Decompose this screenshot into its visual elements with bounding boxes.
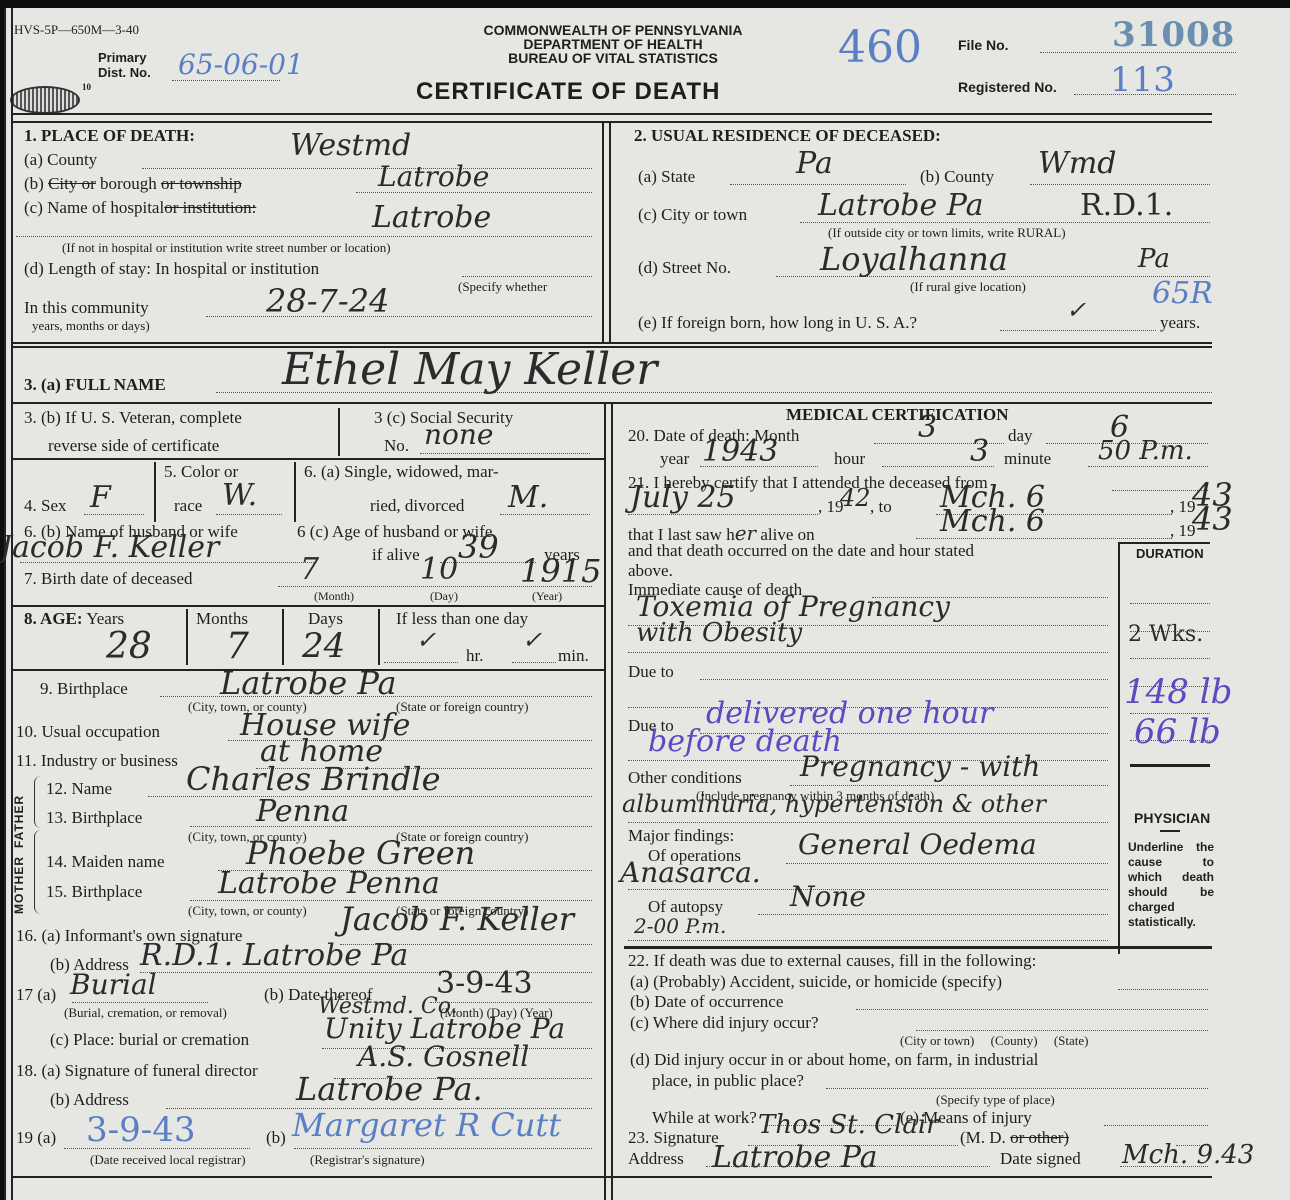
immediate-cause-line-2[interactable]: with Obesity [636, 618, 802, 648]
registrar-signature-label: (b) [266, 1128, 286, 1148]
birth-day-field[interactable]: 10 [420, 552, 458, 587]
immediate-cause-duration[interactable]: 2 Wks. [1128, 622, 1203, 647]
disposition-label: 17 (a) [16, 985, 56, 1005]
marital-label-1: 6. (a) Single, widowed, mar- [304, 462, 499, 482]
medical-certification-heading: MEDICAL CERTIFICATION [786, 405, 1008, 425]
age-hours-field[interactable]: ✓ [416, 626, 436, 654]
age-years-field[interactable]: 28 [106, 626, 152, 667]
occupation-label: 10. Usual occupation [16, 722, 160, 742]
residence-county-field[interactable]: Wmd [1038, 146, 1117, 181]
external-d-label-2: place, in public place? [652, 1071, 804, 1091]
operations-line-2[interactable]: Anasarca. [620, 856, 761, 889]
burial-place-label: (c) Place: burial or cremation [50, 1030, 249, 1050]
residence-state-field[interactable]: Pa [796, 146, 833, 181]
major-findings-label: Major findings: [628, 826, 734, 846]
funeral-director-signature[interactable]: A.S. Gosnell [358, 1040, 529, 1073]
race-field[interactable]: W. [222, 478, 257, 513]
death-county-field[interactable]: Westmd [290, 128, 411, 163]
death-occurred-label-2: above. [628, 561, 673, 581]
physician-signature-label: 23. Signature [628, 1128, 719, 1148]
file-no-label: File No. [958, 37, 1009, 53]
primary-label: Primary [98, 50, 146, 65]
residence-county-label: (b) County [920, 167, 994, 187]
ssn-field[interactable]: none [424, 418, 494, 451]
full-name-label: 3. (a) FULL NAME [24, 375, 166, 395]
street-note: (If rural give location) [910, 279, 1026, 295]
industry-label: 11. Industry or business [16, 751, 178, 771]
external-c-label: (c) Where did injury occur? [630, 1013, 819, 1033]
registrar-date-label: 19 (a) [16, 1128, 56, 1148]
birthplace-label: 9. Birthplace [40, 679, 128, 699]
birth-year-field[interactable]: 1915 [520, 552, 601, 590]
spouse-name-field[interactable]: Jacob F. Keller [0, 530, 219, 565]
duration-heading: DURATION [1136, 546, 1204, 561]
residence-city-field[interactable]: Latrobe Pa [818, 188, 983, 223]
date-signed-field[interactable]: Mch. 9.43 [1122, 1140, 1254, 1170]
external-d-note: (Specify type of place) [936, 1092, 1055, 1108]
residence-street-field[interactable]: Loyalhanna [820, 240, 1008, 278]
external-causes-heading: 22. If death was due to external causes,… [628, 951, 1036, 971]
city-label: (c) City or town [638, 205, 747, 225]
weight-note-1: 148 lb [1124, 672, 1232, 712]
registrar-date-note: (Date received local registrar) [90, 1152, 246, 1168]
sex-field[interactable]: F [90, 480, 111, 515]
physician-signature-field[interactable]: Thos St. Clair [758, 1110, 939, 1140]
operations-line-1[interactable]: General Oedema [798, 828, 1037, 861]
death-hour-field[interactable]: 3 [970, 434, 989, 469]
hr-label: hr. [466, 646, 483, 666]
veteran-label-2: reverse side of certificate [48, 436, 219, 456]
mother-birthplace-field[interactable]: Latrobe Penna [218, 866, 440, 901]
stay-label: (d) Length of stay: In hospital or insti… [24, 259, 319, 279]
color-label-2: race [174, 496, 202, 516]
spouse-age-field[interactable]: 39 [458, 528, 499, 566]
due-to-label-1: Due to [628, 662, 674, 682]
marital-status-field[interactable]: M. [508, 480, 548, 515]
birth-month-field[interactable]: 7 [300, 552, 319, 587]
birthplace-field[interactable]: Latrobe Pa [220, 664, 397, 702]
mother-city-note: (City, town, or county) [188, 903, 307, 919]
parents-side-label: MOTHER FATHER [8, 786, 32, 916]
other-conditions-label: Other conditions [628, 768, 742, 788]
informant-signature-field[interactable]: Jacob F. Keller [340, 900, 574, 938]
street-label: (d) Street No. [638, 258, 731, 278]
day-label: day [1008, 426, 1033, 446]
autopsy-field[interactable]: None [790, 880, 866, 913]
code-note: 65R [1152, 276, 1213, 311]
city-note: (If outside city or town limits, write R… [828, 225, 1066, 241]
birth-date-label: 7. Birth date of deceased [24, 569, 193, 589]
foreign-born-label: (e) If foreign born, how long in U. S. A… [638, 313, 917, 333]
mother-birthplace-label: 15. Birthplace [46, 882, 142, 902]
registered-number: 113 [1110, 60, 1175, 100]
physician-heading: PHYSICIAN [1134, 810, 1210, 826]
other-conditions-line-1[interactable]: Pregnancy - with [800, 750, 1040, 783]
age-months-field[interactable]: 7 [226, 626, 249, 667]
external-a-label: (a) (Probably) Accident, suicide, or hom… [630, 972, 1002, 992]
father-birthplace-field[interactable]: Penna [256, 794, 349, 829]
residence-rural-route: R.D.1. [1080, 188, 1173, 223]
death-occurred-label-1: and that death occurred on the date and … [628, 541, 974, 561]
physician-address-field[interactable]: Latrobe Pa [712, 1140, 877, 1175]
registrar-date-field[interactable]: 3-9-43 [86, 1110, 196, 1150]
informant-time-note: 2-00 P.m. [634, 914, 726, 938]
md-label: (M. D. or other) [960, 1128, 1069, 1148]
date-signed-label: Date signed [1000, 1149, 1081, 1169]
other-conditions-line-2[interactable]: albuminuria, hypertension & other [622, 790, 1046, 818]
attended-from-year[interactable]: 42 [840, 484, 871, 512]
registrar-signature-field[interactable]: Margaret R Cutt [292, 1106, 561, 1144]
hospital-note: (If not in hospital or institution write… [62, 240, 391, 256]
informant-address-field[interactable]: R.D.1. Latrobe Pa [140, 938, 408, 973]
director-address-field[interactable]: Latrobe Pa. [296, 1070, 483, 1108]
veteran-label-1: 3. (b) If U. S. Veteran, complete [24, 408, 242, 428]
age-minutes-field[interactable]: ✓ [522, 626, 542, 654]
minute-label: minute [1004, 449, 1051, 469]
union-label-seal-icon [10, 86, 80, 114]
month-note: (Month) [314, 589, 354, 604]
death-month-field[interactable]: 3 [918, 410, 937, 445]
father-name-field[interactable]: Charles Brindle [186, 760, 441, 798]
agency-line-3: BUREAU OF VITAL STATISTICS [458, 50, 768, 66]
residence-street-state: Pa [1138, 244, 1170, 274]
borough-label: (b) City or borough or township [24, 174, 242, 194]
external-b-label: (b) Date of occurrence [630, 992, 783, 1012]
external-d-label-1: (d) Did injury occur in or about home, o… [630, 1050, 1038, 1070]
min-label: min. [558, 646, 589, 666]
spouse-age-label-2: if alive [372, 545, 420, 565]
external-c-notes: (City or town) (County) (State) [900, 1033, 1088, 1049]
death-borough-field[interactable]: Latrobe [378, 160, 489, 193]
margin-note-number: 460 [838, 22, 922, 73]
marital-label-2: ried, divorced [370, 496, 464, 516]
community-label: In this community [24, 298, 149, 318]
while-at-work-label: While at work? [652, 1108, 757, 1128]
registrar-signature-note: (Registrar's signature) [310, 1152, 425, 1168]
dist-number: 65-06-01 [178, 48, 304, 81]
hospital-field[interactable]: Latrobe [372, 200, 491, 235]
community-stay-field[interactable]: 28-7-24 [266, 282, 389, 320]
attended-from-field[interactable]: July 25 [630, 480, 736, 515]
hospital-label: (c) Name of hospitalor institution: [24, 198, 256, 218]
years-label: years. [1160, 313, 1200, 333]
file-number-stamp: 31008 [1112, 15, 1235, 55]
state-label: (a) State [638, 167, 695, 187]
certificate-title: CERTIFICATE OF DEATH [416, 78, 720, 106]
death-year-field[interactable]: 1943 [702, 434, 778, 469]
ssn-label-2: No. [384, 436, 409, 456]
foreign-born-field[interactable]: ✓ [1066, 296, 1086, 324]
dist-label: Dist. No. [98, 65, 151, 80]
full-name-field[interactable]: Ethel May Keller [282, 344, 657, 395]
place-of-death-heading: 1. PLACE OF DEATH: [24, 126, 195, 146]
death-minute-field[interactable]: 50 P.m. [1098, 436, 1193, 466]
specify-note: (Specify whether [458, 279, 547, 295]
last-saw-year[interactable]: 43 [1192, 500, 1233, 538]
day-note: (Day) [430, 589, 458, 604]
director-address-label: (b) Address [50, 1090, 129, 1110]
form-code: HVS-5P—650M—3-40 [14, 22, 139, 38]
year-label: year [660, 449, 689, 469]
physician-address-label: Address [628, 1149, 684, 1169]
community-note: years, months or days) [32, 318, 150, 334]
mother-maiden-label: 14. Maiden name [46, 852, 165, 872]
sex-label: 4. Sex [24, 496, 67, 516]
funeral-director-label: 18. (a) Signature of funeral director [16, 1061, 258, 1081]
residence-heading: 2. USUAL RESIDENCE OF DECEASED: [634, 126, 941, 146]
father-birthplace-label: 13. Birthplace [46, 808, 142, 828]
last-saw-date-field[interactable]: Mch. 6 [940, 504, 1045, 539]
disposition-note: (Burial, cremation, or removal) [64, 1005, 227, 1021]
weight-note-2: 66 lb [1134, 712, 1221, 752]
to-label: , to [870, 497, 892, 517]
registered-no-label: Registered No. [958, 79, 1057, 95]
hour-label: hour [834, 449, 865, 469]
birthplace-state-note: (State or foreign country) [396, 699, 528, 715]
year-note: (Year) [532, 589, 562, 604]
father-name-label: 12. Name [46, 779, 112, 799]
county-label: (a) County [24, 150, 97, 170]
seal-number: 10 [82, 82, 91, 92]
age-days-field[interactable]: 24 [302, 626, 345, 666]
physician-instruction-note: Underline the cause to which death shoul… [1128, 840, 1214, 930]
disposition-field[interactable]: Burial [70, 968, 157, 1001]
